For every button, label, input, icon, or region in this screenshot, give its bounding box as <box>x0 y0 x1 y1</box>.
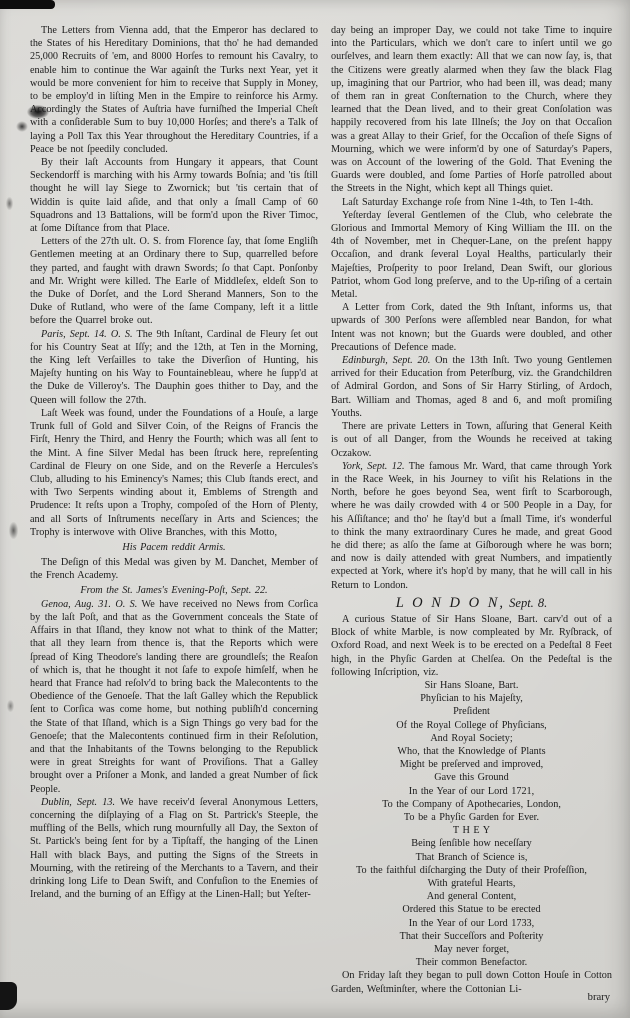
block-text: Preſident <box>453 706 490 717</box>
scan-artifact-top-bar <box>0 0 55 9</box>
right-column: day being an improper Day, we could not … <box>331 24 612 1010</box>
text-block: Of the Royal College of Phyſicians, <box>331 719 612 732</box>
block-text: The famous Mr. Ward, that came through Y… <box>331 461 612 591</box>
block-text: Who, that the Knowledge of Plants <box>397 746 545 757</box>
block-text: By their laſt Accounts from Hungary it a… <box>30 157 318 234</box>
text-block: In the Year of our Lord 1733, <box>331 917 612 930</box>
block-text: And general Content, <box>427 891 516 902</box>
block-text: T H E Y <box>453 825 490 836</box>
block-text: In the Year of our Lord 1733, <box>409 918 534 929</box>
text-block: With grateful Hearts, <box>331 877 612 890</box>
block-text: Sept. 8. <box>505 596 547 610</box>
scan-artifact-corner <box>0 982 17 1010</box>
text-block: day being an improper Day, we could not … <box>331 24 612 196</box>
text-block: And Royal Society; <box>331 732 612 745</box>
block-text: Yeſterday ſeveral Gentlemen of the Club,… <box>331 210 612 300</box>
block-text: That their Succeſſors and Poſterity <box>400 931 544 942</box>
block-text: And Royal Society; <box>430 733 512 744</box>
text-block: A curious Statue of Sir Hans Sloane, Bar… <box>331 613 612 679</box>
text-block: On Friday laſt they began to pull down C… <box>331 969 612 995</box>
text-block: York, Sept. 12. The famous Mr. Ward, tha… <box>331 460 612 592</box>
newspaper-page: The Letters from Vienna add, that the Em… <box>0 0 630 1018</box>
block-text: From the St. James's Evening-Poſt, Sept.… <box>80 585 267 596</box>
block-text: We have receiv'd ſeveral Anonymous Lette… <box>30 797 318 900</box>
text-block: To the Company of Apothecaries, London, <box>331 798 612 811</box>
block-text: A Letter from Cork, dated the 9th Inſtan… <box>331 302 612 353</box>
block-text: There are private Letters in Town, aſſur… <box>331 421 612 458</box>
text-block: Sir Hans Sloane, Bart. <box>331 679 612 692</box>
block-text: The Deſign of this Medal was given by M.… <box>30 557 318 581</box>
text-block: That their Succeſſors and Poſterity <box>331 930 612 943</box>
block-text: In the Year of our Lord 1721, <box>409 786 534 797</box>
block-text: With grateful Hearts, <box>428 878 516 889</box>
block-text: To be a Phyſic Garden for Ever. <box>404 812 539 823</box>
text-block: L O N D O N, Sept. 8. <box>331 597 612 611</box>
text-block: Who, that the Knowledge of Plants <box>331 745 612 758</box>
text-block: Preſident <box>331 705 612 718</box>
dateline: Dublin, Sept. 13. <box>41 797 115 808</box>
block-text: On Friday laſt they began to pull down C… <box>331 970 612 994</box>
text-block: Laſt Saturday Exchange roſe from Nine 1-… <box>331 196 612 209</box>
text-block: Laſt Week was found, under the Foundatio… <box>30 407 318 539</box>
text-block: Dublin, Sept. 13. We have receiv'd ſever… <box>30 796 318 902</box>
block-text: Gave this Ground <box>434 772 508 783</box>
block-text: His Pacem reddit Armis. <box>122 542 225 553</box>
block-text: Might be preſerved and improved, <box>400 759 543 770</box>
block-text: Laſt Week was found, under the Foundatio… <box>30 408 318 538</box>
block-text: The 9th Inſtant, Cardinal de Fleury ſet … <box>30 329 318 406</box>
dateline: York, Sept. 12. <box>342 461 405 472</box>
block-text: Of the Royal College of Phyſicians, <box>396 720 546 731</box>
text-block: Might be preſerved and improved, <box>331 758 612 771</box>
ink-smudge <box>16 121 28 132</box>
block-text: To the Company of Apothecaries, London, <box>382 799 561 810</box>
text-block: And general Content, <box>331 890 612 903</box>
block-text: Being ſenſible how neceſſary <box>411 838 531 849</box>
block-text: Laſt Saturday Exchange roſe from Nine 1-… <box>342 197 593 208</box>
block-text: To the faithful diſcharging the Duty of … <box>356 865 587 876</box>
text-area: The Letters from Vienna add, that the Em… <box>30 24 612 1010</box>
block-text: We have received no News from Corſica by… <box>30 599 318 795</box>
text-block: T H E Y <box>331 824 612 837</box>
text-block: Being ſenſible how neceſſary <box>331 837 612 850</box>
ink-smudge <box>9 522 18 539</box>
block-text: The Letters from Vienna add, that the Em… <box>30 25 318 155</box>
text-block: Letters of the 27th ult. O. S. from Flor… <box>30 235 318 327</box>
ink-smudge <box>6 197 13 210</box>
dateline: Edinburgh, Sept. 20. <box>342 355 430 366</box>
block-text: Ordered this Statue to be erected <box>402 904 540 915</box>
text-block: Ordered this Statue to be erected <box>331 903 612 916</box>
block-text: That Branch of Science is, <box>416 852 528 863</box>
block-text: A curious Statue of Sir Hans Sloane, Bar… <box>331 614 612 678</box>
text-block: By their laſt Accounts from Hungary it a… <box>30 156 318 235</box>
text-block: Gave this Ground <box>331 771 612 784</box>
text-block: The Deſign of this Medal was given by M.… <box>30 556 318 582</box>
block-text: Sir Hans Sloane, Bart. <box>425 680 519 691</box>
ink-smudge <box>7 700 14 712</box>
block-text: May never forget, <box>434 944 509 955</box>
dateline: L O N D O N, <box>396 595 505 611</box>
block-text: Their common Benefactor. <box>416 957 527 968</box>
text-block: There are private Letters in Town, aſſur… <box>331 420 612 460</box>
text-block: From the St. James's Evening-Poſt, Sept.… <box>30 584 318 597</box>
block-text: day being an improper Day, we could not … <box>331 25 612 194</box>
text-block: To the faithful diſcharging the Duty of … <box>331 864 612 877</box>
block-text: Letters of the 27th ult. O. S. from Flor… <box>30 236 318 326</box>
text-block: Edinburgh, Sept. 20. On the 13th Inſt. T… <box>331 354 612 420</box>
dateline: Paris, Sept. 14. O. S. <box>41 329 133 340</box>
text-block: May never forget, <box>331 943 612 956</box>
text-block: Genoa, Aug. 31. O. S. We have received n… <box>30 598 318 796</box>
text-block: To be a Phyſic Garden for Ever. <box>331 811 612 824</box>
text-block: Phyſician to his Majeſty, <box>331 692 612 705</box>
text-block: Paris, Sept. 14. O. S. The 9th Inſtant, … <box>30 328 318 407</box>
dateline: Genoa, Aug. 31. O. S. <box>41 599 137 610</box>
text-block: His Pacem reddit Armis. <box>30 541 318 554</box>
text-block: Yeſterday ſeveral Gentlemen of the Club,… <box>331 209 612 301</box>
left-column: The Letters from Vienna add, that the Em… <box>30 24 318 1010</box>
block-text: Phyſician to his Majeſty, <box>420 693 523 704</box>
text-block: In the Year of our Lord 1721, <box>331 785 612 798</box>
text-block: Their common Benefactor. <box>331 956 612 969</box>
text-block: A Letter from Cork, dated the 9th Inſtan… <box>331 301 612 354</box>
text-block: That Branch of Science is, <box>331 851 612 864</box>
right-column-flow: day being an improper Day, we could not … <box>331 24 612 996</box>
text-block: The Letters from Vienna add, that the Em… <box>30 24 318 156</box>
catchword: brary <box>588 991 610 1004</box>
